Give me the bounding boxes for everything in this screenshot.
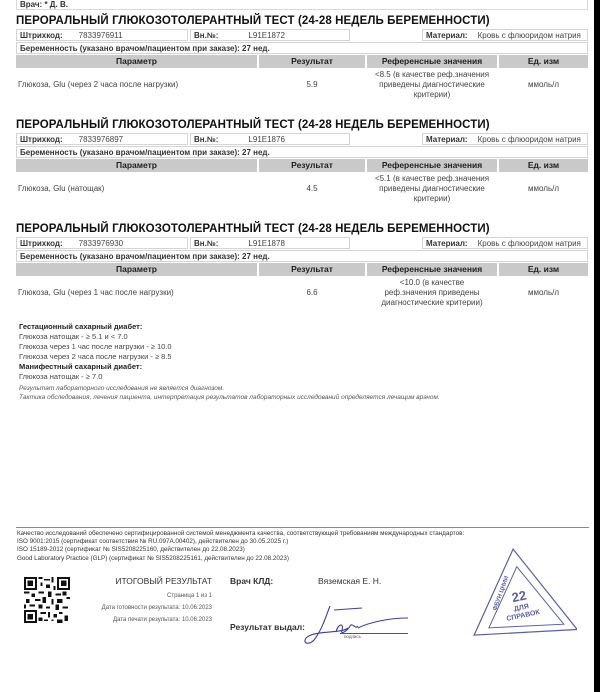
header-ref: Референсные значения	[367, 159, 497, 172]
print-date: Дата печати результата: 10.06.2023	[86, 614, 212, 626]
criteria-line: Глюкоза через 1 час после нагрузки - ≥ 1…	[19, 342, 440, 352]
barcode-value: 7833976930	[79, 238, 124, 248]
material-cell: Материал: Кровь с флюоридом натрия	[422, 29, 588, 41]
vn-value: L91E1878	[248, 238, 284, 248]
doctor-value: * Д. В.	[44, 0, 67, 9]
test-title: ПЕРОРАЛЬНЫЙ ГЛЮКОЗОТОЛЕРАНТНЫЙ ТЕСТ (24-…	[16, 13, 588, 29]
header-unit: Ед. изм	[499, 159, 588, 172]
ref-line: <10.0 (в качестве	[367, 278, 497, 288]
quality-line: Качество исследований обеспечено сертифи…	[17, 530, 464, 538]
disclaimer: Результат лабораторного исследования не …	[19, 384, 440, 402]
material-label: Материал:	[426, 134, 468, 144]
meta-row: Штрихкод: 7833976911 Вн.№: L91E1872 Мате…	[16, 29, 588, 41]
unit-cell: ммоль/л	[499, 184, 588, 193]
ref-line: диагностические критерии)	[367, 298, 497, 308]
barcode-label: Штрихкод:	[20, 134, 63, 144]
signature-icon	[300, 600, 410, 648]
quality-line: ISO 15189-2012 (сертификат № SIS52082251…	[17, 546, 464, 554]
barcode-cell: Штрихкод: 7833976930	[16, 237, 188, 249]
unit-cell: ммоль/л	[499, 288, 588, 297]
screen-edge	[594, 0, 600, 692]
criteria-line: Глюкоза натощак - ≥ 5.1 и < 7.0	[19, 332, 440, 342]
result-summary: ИТОГОВЫЙ РЕЗУЛЬТАТ Страница 1 из 1 Дата …	[86, 576, 212, 626]
ref-line: приведены диагностические	[367, 184, 497, 194]
header-ref: Референсные значения	[367, 55, 497, 68]
material-cell: Материал: Кровь с флюоридом натрия	[422, 133, 588, 145]
vn-label: Вн.№:	[194, 238, 218, 248]
header-result: Результат	[259, 263, 365, 276]
table-header: Параметр Результат Референсные значения …	[16, 55, 588, 68]
material-label: Материал:	[426, 30, 468, 40]
table-row: Глюкоза, Glu (натощак) 4.5 <5.1 (в качес…	[16, 172, 588, 205]
header-unit: Ед. изм	[499, 263, 588, 276]
ref-line: критерии)	[367, 90, 497, 100]
table-header: Параметр Результат Референсные значения …	[16, 159, 588, 172]
doctor-kld-name: Вяземская Е. Н.	[318, 576, 381, 586]
header-param: Параметр	[16, 55, 257, 68]
quality-line: Good Laboratory Practice (GLP) (сертифик…	[17, 555, 464, 563]
test-block: ПЕРОРАЛЬНЫЙ ГЛЮКОЗОТОЛЕРАНТНЫЙ ТЕСТ (24-…	[16, 221, 588, 309]
footer-divider	[16, 527, 589, 528]
vn-label: Вн.№:	[194, 30, 218, 40]
barcode-label: Штрихкод:	[20, 238, 63, 248]
pregnancy-row: Беременность (указано врачом/пациентом п…	[16, 42, 588, 54]
quality-statement: Качество исследований обеспечено сертифи…	[17, 530, 464, 563]
svg-text:ФБУН ЦНИИ: ФБУН ЦНИИ	[492, 575, 510, 611]
header-ref: Референсные значения	[367, 263, 497, 276]
header-result: Результат	[259, 159, 365, 172]
stamp-number: 22	[510, 588, 527, 606]
material-value: Кровь с флюоридом натрия	[478, 134, 581, 144]
ready-date: Дата готовности результата: 10.06.2023	[86, 602, 212, 614]
header-param: Параметр	[16, 263, 257, 276]
manifest-title: Манифестный сахарный диабет:	[19, 362, 440, 372]
param-cell: Глюкоза, Glu (через 1 час после нагрузки…	[16, 288, 257, 297]
ref-line: <8.5 (в качестве реф.значения	[367, 70, 497, 80]
table-header: Параметр Результат Референсные значения …	[16, 263, 588, 276]
pregnancy-row: Беременность (указано врачом/пациентом п…	[16, 250, 588, 262]
stamp-icon: 22 ДЛЯ СПРАВОК ФБУН ЦНИИ	[462, 545, 577, 657]
vn-value: L91E1872	[248, 30, 284, 40]
param-cell: Глюкоза, Glu (через 2 часа после нагрузк…	[16, 80, 257, 89]
issued-by-label: Результат выдал:	[230, 622, 305, 632]
unit-cell: ммоль/л	[499, 80, 588, 89]
disclaimer-line: Результат лабораторного исследования не …	[19, 384, 440, 393]
material-cell: Материал: Кровь с флюоридом натрия	[422, 237, 588, 249]
header-unit: Ед. изм	[499, 55, 588, 68]
vn-cell: Вн.№: L91E1872	[190, 29, 350, 41]
gestational-title: Гестационный сахарный диабет:	[19, 322, 440, 332]
vn-value: L91E1876	[248, 134, 284, 144]
header-result: Результат	[259, 55, 365, 68]
vn-label: Вн.№:	[194, 134, 218, 144]
qr-code-icon	[24, 577, 70, 623]
doctor-label: Врач:	[20, 0, 42, 9]
page-number: Страница 1 из 1	[86, 590, 212, 602]
test-block: ПЕРОРАЛЬНЫЙ ГЛЮКОЗОТОЛЕРАНТНЫЙ ТЕСТ (24-…	[16, 13, 588, 101]
meta-row: Штрихкод: 7833976897 Вн.№: L91E1876 Мате…	[16, 133, 588, 145]
ref-cell: <5.1 (в качестве реф.значения приведены …	[367, 174, 497, 204]
pregnancy-row: Беременность (указано врачом/пациентом п…	[16, 146, 588, 158]
criteria-line: Глюкоза через 2 часа после нагрузки - ≥ …	[19, 352, 440, 362]
meta-row: Штрихкод: 7833976930 Вн.№: L91E1878 Мате…	[16, 237, 588, 249]
barcode-cell: Штрихкод: 7833976897	[16, 133, 188, 145]
final-result-label: ИТОГОВЫЙ РЕЗУЛЬТАТ	[86, 576, 212, 590]
test-block: ПЕРОРАЛЬНЫЙ ГЛЮКОЗОТОЛЕРАНТНЫЙ ТЕСТ (24-…	[16, 117, 588, 205]
material-label: Материал:	[426, 238, 468, 248]
header-param: Параметр	[16, 159, 257, 172]
material-value: Кровь с флюоридом натрия	[478, 30, 581, 40]
vn-cell: Вн.№: L91E1878	[190, 237, 350, 249]
disclaimer-line: Тактика обследования, лечения пациента, …	[19, 393, 440, 402]
ref-cell: <8.5 (в качестве реф.значения приведены …	[367, 70, 497, 100]
param-cell: Глюкоза, Glu (натощак)	[16, 184, 257, 193]
criteria-line: Глюкоза натощак - ≥ 7.0	[19, 372, 440, 382]
result-cell: 4.5	[259, 184, 365, 193]
ref-line: реф.значения приведены	[367, 288, 497, 298]
table-row: Глюкоза, Glu (через 1 час после нагрузки…	[16, 276, 588, 309]
doctor-kld-label: Врач КЛД:	[230, 576, 273, 586]
barcode-label: Штрихкод:	[20, 30, 63, 40]
test-title: ПЕРОРАЛЬНЫЙ ГЛЮКОЗОТОЛЕРАНТНЫЙ ТЕСТ (24-…	[16, 117, 588, 133]
ref-cell: <10.0 (в качестве реф.значения приведены…	[367, 278, 497, 308]
ref-line: <5.1 (в качестве реф.значения	[367, 174, 497, 184]
ref-line: критерии)	[367, 194, 497, 204]
ref-line: приведены диагностические	[367, 80, 497, 90]
material-value: Кровь с флюоридом натрия	[478, 238, 581, 248]
barcode-cell: Штрихкод: 7833976911	[16, 29, 188, 41]
diagnostic-criteria: Гестационный сахарный диабет: Глюкоза на…	[19, 322, 440, 402]
result-cell: 5.9	[259, 80, 365, 89]
test-title: ПЕРОРАЛЬНЫЙ ГЛЮКОЗОТОЛЕРАНТНЫЙ ТЕСТ (24-…	[16, 221, 588, 237]
doctor-bar: Врач: * Д. В.	[16, 0, 588, 10]
barcode-value: 7833976897	[79, 134, 124, 144]
result-cell: 6.6	[259, 288, 365, 297]
barcode-value: 7833976911	[79, 30, 123, 40]
table-row: Глюкоза, Glu (через 2 часа после нагрузк…	[16, 68, 588, 101]
vn-cell: Вн.№: L91E1876	[190, 133, 350, 145]
